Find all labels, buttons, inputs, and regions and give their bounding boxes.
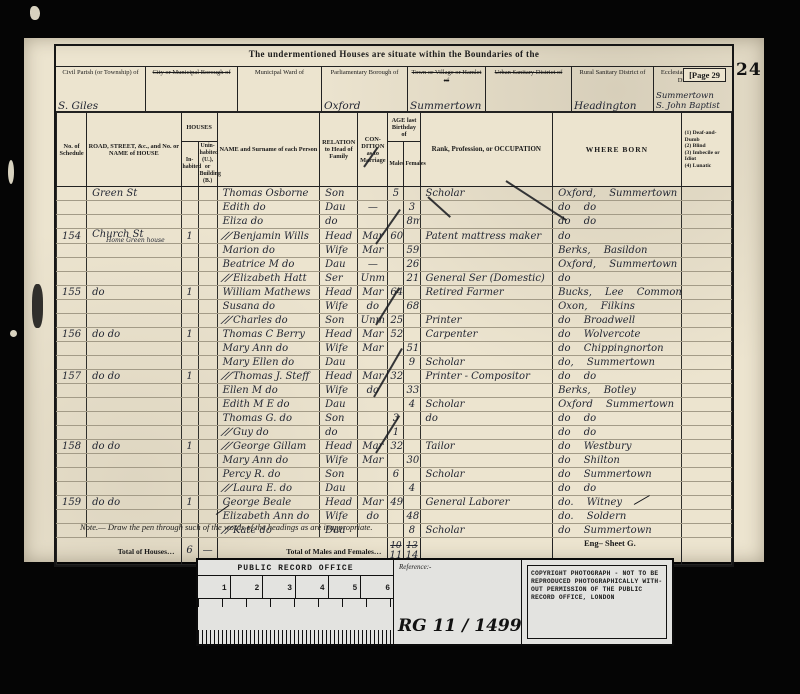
cell-disability: [681, 272, 731, 286]
cell-age-female: [404, 187, 420, 201]
footer-note: Note.— Draw the pen through such of the …: [80, 522, 372, 532]
cell-disability: [681, 412, 731, 426]
cell-disability: [681, 454, 731, 468]
cell-relation: Son: [320, 314, 358, 328]
cell-born: Oxon, Filkins: [553, 300, 682, 314]
cell-occupation: Carpenter: [420, 328, 553, 342]
cell-road: do do: [87, 496, 181, 510]
cell-occupation: Scholar: [420, 356, 553, 370]
cell-condition: [358, 398, 388, 412]
cell-disability: [681, 524, 731, 538]
cell-name: //George Gillam: [217, 440, 319, 454]
col-header-disability: (1) Deaf-and-Dumb (2) Blind (3) Imbecile…: [681, 113, 731, 187]
cell-relation: Dau: [320, 482, 358, 496]
cell-occupation: Scholar: [420, 524, 553, 538]
cell-age-male: [388, 244, 404, 258]
cell-age-male: 49: [388, 496, 404, 510]
cell-relation: Ser: [320, 272, 358, 286]
cell-born: do do: [553, 215, 682, 229]
cell-relation: Head: [320, 496, 358, 510]
cell-name: Mary Ann do: [217, 342, 319, 356]
field-urban-sanitary: Urban Sanitary District of: [486, 67, 572, 111]
household-mark: //: [220, 231, 233, 242]
cell-occupation: General Ser (Domestic): [420, 272, 553, 286]
census-row: //Charles doSonUnm25Printerdo Broadwell: [57, 314, 732, 328]
cell-inhabited: [181, 356, 198, 370]
census-row: 156do do1Thomas C BerryHeadMar52Carpente…: [57, 328, 732, 342]
cell-condition: Mar: [358, 244, 388, 258]
cell-name: Mary Ann do: [217, 454, 319, 468]
cell-age-female: 8: [404, 524, 420, 538]
cell-born: do do: [553, 370, 682, 384]
cell-name: Thomas G. do: [217, 412, 319, 426]
cell-age-female: [404, 286, 420, 300]
page-label: [Page 29: [683, 68, 726, 82]
field-civil-parish: Civil Parish (or Township) of S. Giles: [56, 67, 146, 111]
cell-disability: [681, 215, 731, 229]
ruler-number-cells: 1 2 3 4 5 6: [198, 575, 393, 599]
census-row: Edith doDau—3do do: [57, 201, 732, 215]
cell-age-male: [388, 384, 404, 398]
cell-born: do Summertown: [553, 524, 682, 538]
cell-born: Bucks, Lee Common: [553, 286, 682, 300]
cell-name: Percy R. do: [217, 468, 319, 482]
cell-schedule: [57, 300, 87, 314]
cell-schedule: [57, 482, 87, 496]
cell-inhabited: [181, 258, 198, 272]
film-speck: [8, 160, 14, 184]
cell-name: Thomas C Berry: [217, 328, 319, 342]
cell-inhabited: [181, 412, 198, 426]
cell-age-female: 59: [404, 244, 420, 258]
pro-ruler-section: PUBLIC RECORD OFFICE 1 2 3 4 5 6: [198, 560, 394, 644]
cell-disability: [681, 510, 731, 524]
census-table: No. of Schedule ROAD, STREET, &c., and N…: [56, 112, 732, 565]
cell-disability: [681, 300, 731, 314]
admin-header-band: Civil Parish (or Township) of S. Giles C…: [56, 67, 732, 112]
microfilm-photo: { "stamp": { "page_number_margin": "24",…: [0, 0, 800, 694]
cell-born: do do: [553, 201, 682, 215]
cell-disability: [681, 370, 731, 384]
cell-uninhabited: [198, 215, 217, 229]
cell-condition: Mar: [358, 328, 388, 342]
cell-relation: Head: [320, 370, 358, 384]
film-speck: [10, 330, 17, 337]
cell-occupation: [420, 244, 553, 258]
field-town-village: Town or Village or Hamlet of Summertown: [408, 67, 486, 111]
field-municipal-borough: City or Municipal Borough of: [146, 67, 238, 111]
cell-uninhabited: [198, 468, 217, 482]
cell-name: //Thomas J. Steff: [217, 370, 319, 384]
cell-age-male: 32: [388, 370, 404, 384]
cell-name: Ellen M do: [217, 384, 319, 398]
cell-road: do do: [87, 370, 181, 384]
reference-value: RG 11 / 1499: [398, 616, 522, 636]
cell-name: William Mathews: [217, 286, 319, 300]
cell-uninhabited: [198, 328, 217, 342]
cell-schedule: [57, 272, 87, 286]
cell-age-female: [404, 412, 420, 426]
census-row: //Elizabeth HattSerUnm21General Ser (Dom…: [57, 272, 732, 286]
cell-inhabited: [181, 187, 198, 201]
cell-occupation: General Laborer: [420, 496, 553, 510]
census-row: Percy R. doSon6Scholardo Summertown: [57, 468, 732, 482]
cell-age-male: 60: [388, 229, 404, 244]
cell-age-male: 5: [388, 187, 404, 201]
cell-uninhabited: [198, 244, 217, 258]
cell-condition: Mar: [358, 342, 388, 356]
cell-age-female: [404, 370, 420, 384]
film-speck: [30, 6, 40, 20]
cell-age-female: 4: [404, 482, 420, 496]
cell-age-female: 21: [404, 272, 420, 286]
cell-road: [87, 468, 181, 482]
cell-condition: [358, 356, 388, 370]
household-mark: //: [220, 273, 233, 284]
cell-relation: Son: [320, 187, 358, 201]
cell-relation: Wife: [320, 454, 358, 468]
cell-relation: Head: [320, 328, 358, 342]
cell-age-male: 32: [388, 440, 404, 454]
cell-relation: Dau: [320, 201, 358, 215]
col-header-road: ROAD, STREET, &c., and No. or NAME of HO…: [87, 113, 181, 187]
household-mark: //: [220, 441, 233, 452]
cell-inhabited: 1: [181, 370, 198, 384]
cell-uninhabited: [198, 300, 217, 314]
cell-road: [87, 314, 181, 328]
ruler-fine-ticks: [198, 630, 393, 644]
page-number-stamp: 24: [736, 60, 762, 80]
road-annotation: Home Green house: [92, 238, 178, 243]
cell-disability: [681, 314, 731, 328]
pro-office-title: PUBLIC RECORD OFFICE: [198, 560, 393, 575]
cell-occupation: do: [420, 412, 553, 426]
cell-age-female: 4: [404, 398, 420, 412]
cell-schedule: [57, 258, 87, 272]
cell-uninhabited: [198, 314, 217, 328]
cell-name: Marion do: [217, 244, 319, 258]
cell-inhabited: [181, 384, 198, 398]
cell-road: [87, 201, 181, 215]
cell-born: do Westbury: [553, 440, 682, 454]
cell-road: [87, 482, 181, 496]
cell-relation: Son: [320, 468, 358, 482]
cell-inhabited: [181, 244, 198, 258]
cell-age-male: [388, 272, 404, 286]
cell-condition: [358, 215, 388, 229]
cell-born: Berks, Basildon: [553, 244, 682, 258]
census-row: //Guy dodo1do do: [57, 426, 732, 440]
cell-schedule: 154: [57, 229, 87, 244]
cell-road: do do: [87, 440, 181, 454]
cell-disability: [681, 342, 731, 356]
cell-age-female: 68: [404, 300, 420, 314]
cell-road: [87, 384, 181, 398]
cell-name: Edith M E do: [217, 398, 319, 412]
cell-relation: Head: [320, 286, 358, 300]
cell-road: do do: [87, 328, 181, 342]
cell-name: Susana do: [217, 300, 319, 314]
cell-name: //Benjamin Wills: [217, 229, 319, 244]
cell-born: do, Summertown: [553, 356, 682, 370]
cell-schedule: [57, 314, 87, 328]
cell-road: do: [87, 286, 181, 300]
col-header-females: Females: [404, 142, 420, 187]
ruler-coarse-ticks: [198, 599, 393, 607]
cell-name: George Beale: [217, 496, 319, 510]
cell-occupation: [420, 426, 553, 440]
cell-condition: Unm: [358, 272, 388, 286]
cell-road: [87, 356, 181, 370]
cell-relation: Son: [320, 412, 358, 426]
cell-age-male: [388, 524, 404, 538]
total-houses-label: Total of Houses…: [57, 538, 182, 565]
cell-age-male: [388, 482, 404, 496]
cell-age-female: 9: [404, 356, 420, 370]
cell-road: [87, 398, 181, 412]
cell-age-male: [388, 510, 404, 524]
cell-disability: [681, 398, 731, 412]
cell-age-female: [404, 229, 420, 244]
cell-schedule: [57, 187, 87, 201]
cell-road: [87, 215, 181, 229]
cell-schedule: 155: [57, 286, 87, 300]
cell-condition: —: [358, 258, 388, 272]
cell-inhabited: 1: [181, 328, 198, 342]
cell-inhabited: 1: [181, 229, 198, 244]
col-header-relation: RELATION to Head of Family: [320, 113, 358, 187]
census-row: 159do do1George BealeHeadMar49General La…: [57, 496, 732, 510]
census-row: Beatrice M doDau—26Oxford, Summertown: [57, 258, 732, 272]
cell-inhabited: [181, 272, 198, 286]
cell-age-female: 26: [404, 258, 420, 272]
cell-age-female: 3: [404, 201, 420, 215]
cell-born: do: [553, 229, 682, 244]
cell-born: do Chippingnorton: [553, 342, 682, 356]
column-headers: No. of Schedule ROAD, STREET, &c., and N…: [57, 113, 732, 187]
cell-schedule: [57, 384, 87, 398]
reference-label: Reference:-: [394, 560, 521, 571]
cell-condition: [358, 468, 388, 482]
cell-name: //Guy do: [217, 426, 319, 440]
cell-age-male: 25: [388, 314, 404, 328]
cell-name: //Laura E. do: [217, 482, 319, 496]
cell-name: Edith do: [217, 201, 319, 215]
cell-uninhabited: [198, 356, 217, 370]
cell-age-female: [404, 496, 420, 510]
pro-reference-card: PUBLIC RECORD OFFICE 1 2 3 4 5 6 Referen…: [196, 558, 674, 646]
cell-occupation: Retired Farmer: [420, 286, 553, 300]
cell-occupation: Printer: [420, 314, 553, 328]
cell-born: Oxford, Summertown: [553, 187, 682, 201]
cell-born: do do: [553, 412, 682, 426]
cell-name: //Elizabeth Hatt: [217, 272, 319, 286]
col-header-occupation: Rank, Profession, or OCCUPATION: [420, 113, 553, 187]
cell-condition: —: [358, 201, 388, 215]
cell-inhabited: [181, 201, 198, 215]
cell-condition: [358, 412, 388, 426]
field-rural-sanitary: Rural Sanitary District of Headington: [572, 67, 654, 111]
cell-inhabited: 1: [181, 440, 198, 454]
cell-road: Church StHome Green house: [87, 229, 181, 244]
cell-relation: Wife: [320, 342, 358, 356]
cell-disability: [681, 384, 731, 398]
cell-born: do do: [553, 426, 682, 440]
cell-occupation: [420, 342, 553, 356]
household-mark: //: [220, 483, 233, 494]
cell-age-female: [404, 440, 420, 454]
cell-inhabited: [181, 342, 198, 356]
cell-disability: [681, 244, 731, 258]
cell-age-female: [404, 468, 420, 482]
cell-schedule: 159: [57, 496, 87, 510]
cell-schedule: 158: [57, 440, 87, 454]
cell-age-female: 48: [404, 510, 420, 524]
cell-occupation: [420, 454, 553, 468]
census-row: //Laura E. doDau4do do: [57, 482, 732, 496]
cell-age-female: [404, 426, 420, 440]
cell-age-male: 52: [388, 328, 404, 342]
cell-schedule: 156: [57, 328, 87, 342]
cell-occupation: Tailor: [420, 440, 553, 454]
cell-uninhabited: [198, 272, 217, 286]
cell-born: do Shilton: [553, 454, 682, 468]
cell-age-female: [404, 328, 420, 342]
cell-disability: [681, 286, 731, 300]
cell-name: //Charles do: [217, 314, 319, 328]
cell-disability: [681, 440, 731, 454]
cell-uninhabited: [198, 440, 217, 454]
cell-condition: Unm: [358, 314, 388, 328]
cell-inhabited: 1: [181, 496, 198, 510]
cell-relation: Head: [320, 440, 358, 454]
cell-born: Oxford Summertown: [553, 398, 682, 412]
cell-disability: [681, 258, 731, 272]
cell-occupation: [420, 510, 553, 524]
household-mark: //: [220, 427, 233, 438]
cell-schedule: [57, 412, 87, 426]
census-page: 24 [Page 29 The undermentioned Houses ar…: [24, 38, 764, 562]
form-title: The undermentioned Houses are situate wi…: [56, 46, 732, 67]
pro-reference-section: Reference:- RG 11 / 1499: [394, 560, 522, 644]
census-form: [Page 29 The undermentioned Houses are s…: [54, 44, 734, 567]
sheet-label: Eng– Sheet G.: [584, 538, 636, 548]
cell-occupation: [420, 384, 553, 398]
cell-schedule: [57, 454, 87, 468]
cell-disability: [681, 201, 731, 215]
household-mark: //: [220, 371, 233, 382]
cell-age-male: 6: [388, 468, 404, 482]
cell-occupation: Scholar: [420, 398, 553, 412]
cell-uninhabited: [198, 496, 217, 510]
cell-inhabited: [181, 398, 198, 412]
cell-born: Oxford, Summertown: [553, 258, 682, 272]
cell-uninhabited: [198, 187, 217, 201]
cell-disability: [681, 426, 731, 440]
cell-road: [87, 244, 181, 258]
census-row: Susana doWifedo68Oxon, Filkins: [57, 300, 732, 314]
cell-occupation: [420, 215, 553, 229]
cell-occupation: [420, 482, 553, 496]
cell-uninhabited: [198, 384, 217, 398]
cell-disability: [681, 229, 731, 244]
cell-occupation: Scholar: [420, 468, 553, 482]
cell-relation: Dau: [320, 398, 358, 412]
cell-name: Thomas Osborne: [217, 187, 319, 201]
cell-condition: Mar: [358, 286, 388, 300]
cell-relation: do: [320, 215, 358, 229]
cell-road: [87, 426, 181, 440]
col-header-houses: HOUSES: [181, 113, 217, 142]
col-header-name: NAME and Surname of each Person: [217, 113, 319, 187]
census-row: Mary Ann doWifeMar30do Shilton: [57, 454, 732, 468]
cell-age-female: 33: [404, 384, 420, 398]
cell-name: Beatrice M do: [217, 258, 319, 272]
cell-uninhabited: [198, 286, 217, 300]
cell-inhabited: [181, 454, 198, 468]
cell-relation: Wife: [320, 244, 358, 258]
cell-born: do Broadwell: [553, 314, 682, 328]
cell-condition: [358, 482, 388, 496]
cell-condition: Mar: [358, 496, 388, 510]
cell-road: [87, 258, 181, 272]
cell-born: Berks, Botley: [553, 384, 682, 398]
pro-copyright-section: COPYRIGHT PHOTOGRAPH - NOT TO BE REPRODU…: [522, 560, 672, 644]
cell-disability: [681, 468, 731, 482]
census-row: Ellen M doWifedo33Berks, Botley: [57, 384, 732, 398]
cell-road: [87, 300, 181, 314]
cell-uninhabited: [198, 412, 217, 426]
cell-relation: Dau: [320, 356, 358, 370]
cell-road: Green St: [87, 187, 181, 201]
cell-disability: [681, 482, 731, 496]
cell-occupation: Printer - Compositor: [420, 370, 553, 384]
cell-inhabited: [181, 215, 198, 229]
cell-relation: do: [320, 426, 358, 440]
cell-age-female: 51: [404, 342, 420, 356]
cell-inhabited: [181, 426, 198, 440]
cell-inhabited: [181, 482, 198, 496]
col-header-born: WHERE BORN: [553, 113, 682, 187]
household-mark: //: [220, 315, 233, 326]
cell-disability: [681, 187, 731, 201]
cell-inhabited: [181, 468, 198, 482]
cell-uninhabited: [198, 482, 217, 496]
cell-age-female: 30: [404, 454, 420, 468]
cell-born: do Wolvercote: [553, 328, 682, 342]
field-parliamentary-borough: Parliamentary Borough of Oxford: [322, 67, 408, 111]
cell-schedule: 157: [57, 370, 87, 384]
cell-disability: [681, 328, 731, 342]
cell-occupation: [420, 258, 553, 272]
col-header-inhabited: In-habited: [181, 142, 198, 187]
field-municipal-ward: Municipal Ward of: [238, 67, 322, 111]
cell-relation: Wife: [320, 384, 358, 398]
census-row: Marion doWifeMar59Berks, Basildon: [57, 244, 732, 258]
cell-condition: Mar: [358, 454, 388, 468]
cell-schedule: [57, 468, 87, 482]
cell-relation: Head: [320, 229, 358, 244]
cell-age-male: [388, 454, 404, 468]
census-row: 157do do1//Thomas J. SteffHeadMar32Print…: [57, 370, 732, 384]
cell-uninhabited: [198, 201, 217, 215]
col-header-condition: CON-DITION as to Marriage: [358, 113, 388, 187]
cell-born: do. Soldern: [553, 510, 682, 524]
film-smudge: [32, 284, 43, 328]
cell-age-female: 8mo: [404, 215, 420, 229]
cell-born: do Summertown: [553, 468, 682, 482]
cell-road: [87, 272, 181, 286]
